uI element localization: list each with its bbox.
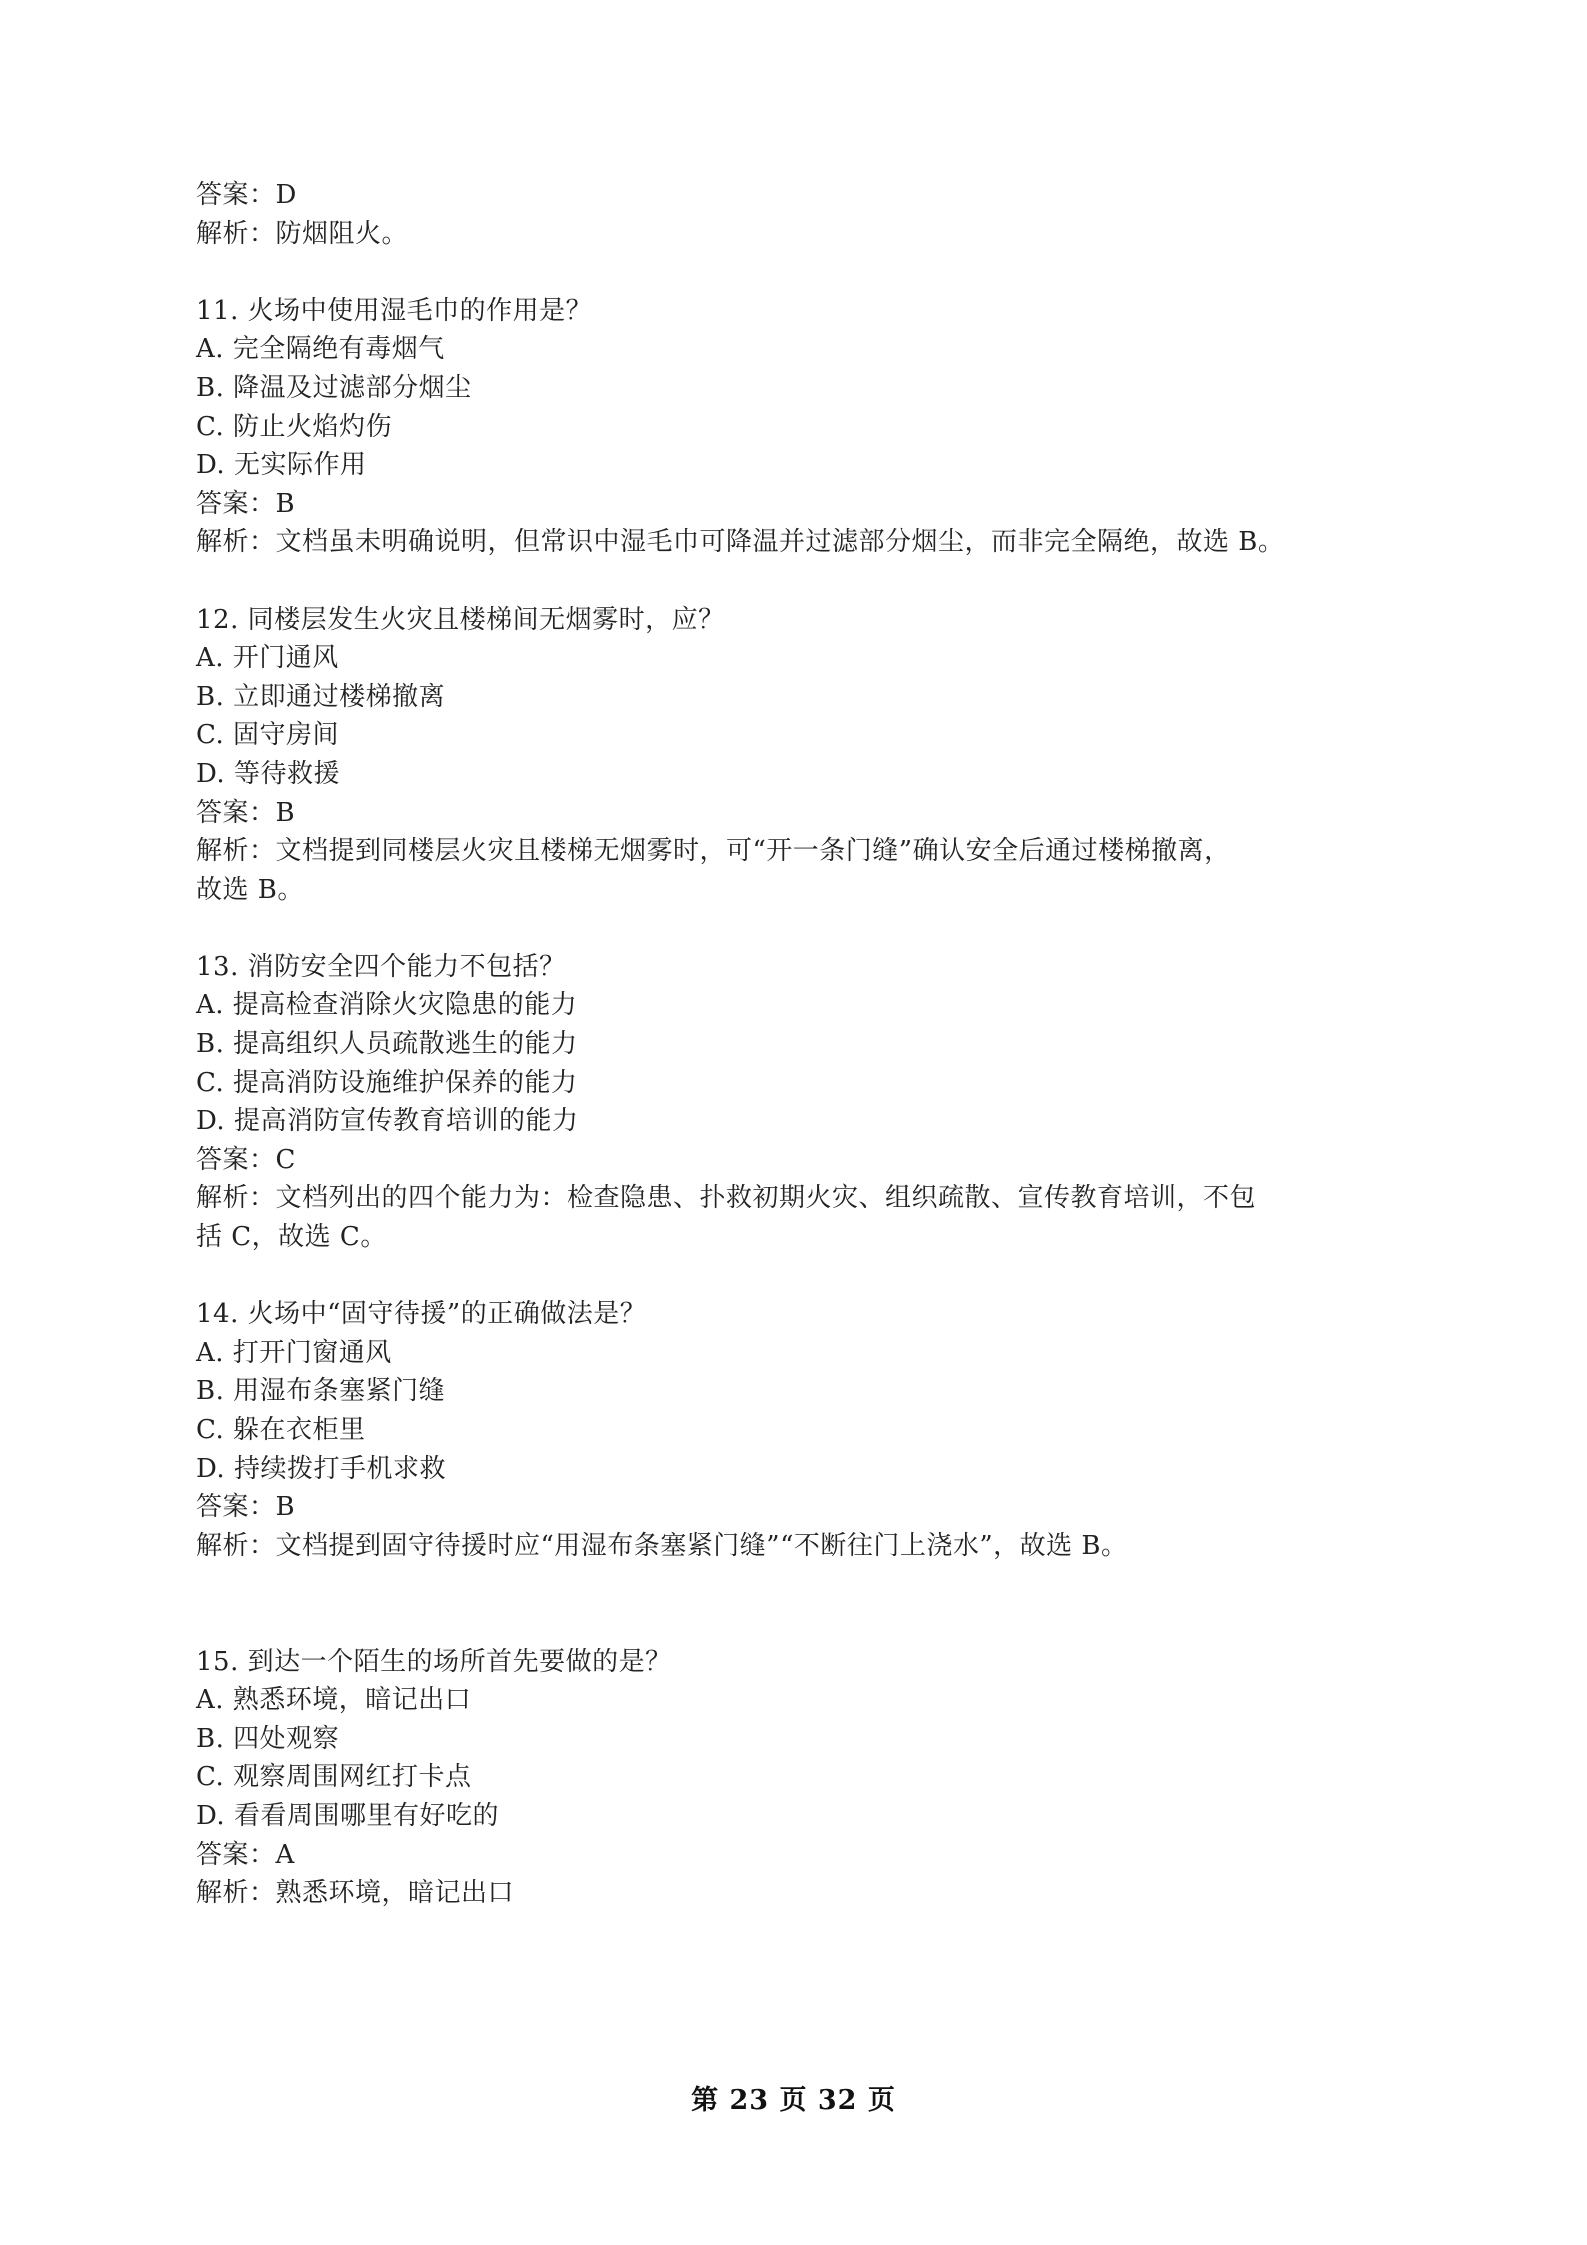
analysis-line: 解析：文档提到固守待援时应“用湿布条塞紧门缝”“不断往门上浇水”，故选 B。	[196, 1527, 1416, 1566]
spacer	[196, 562, 1416, 601]
question-stem: 11. 火场中使用湿毛巾的作用是？	[196, 292, 1416, 331]
option-b: B. 四处观察	[196, 1720, 1416, 1759]
question-13: 13. 消防安全四个能力不包括？ A. 提高检查消除火灾隐患的能力 B. 提高组…	[196, 948, 1416, 1257]
answer-line: 答案：B	[196, 485, 1416, 524]
answer-line: 答案：B	[196, 794, 1416, 833]
analysis-line-continued: 括 C，故选 C。	[196, 1218, 1416, 1257]
option-d: D. 持续拨打手机求救	[196, 1450, 1416, 1489]
option-c: C. 固守房间	[196, 716, 1416, 755]
question-11: 11. 火场中使用湿毛巾的作用是？ A. 完全隔绝有毒烟气 B. 降温及过滤部分…	[196, 292, 1416, 562]
answer-line: 答案：B	[196, 1488, 1416, 1527]
option-b: B. 立即通过楼梯撤离	[196, 678, 1416, 717]
spacer	[196, 1565, 1416, 1642]
option-b: B. 用湿布条塞紧门缝	[196, 1372, 1416, 1411]
analysis-line: 解析：熟悉环境，暗记出口	[196, 1874, 1416, 1913]
question-stem: 14. 火场中“固守待援”的正确做法是？	[196, 1295, 1416, 1334]
analysis-line: 解析：文档虽未明确说明，但常识中湿毛巾可降温并过滤部分烟尘，而非完全隔绝，故选 …	[196, 523, 1416, 562]
option-d: D. 看看周围哪里有好吃的	[196, 1797, 1416, 1836]
option-a: A. 提高检查消除火灾隐患的能力	[196, 986, 1416, 1025]
question-stem: 12. 同楼层发生火灾且楼梯间无烟雾时，应？	[196, 601, 1416, 640]
option-d: D. 等待救援	[196, 755, 1416, 794]
option-d: D. 无实际作用	[196, 446, 1416, 485]
spacer	[196, 253, 1416, 292]
page-content: 答案：D 解析：防烟阻火。 11. 火场中使用湿毛巾的作用是？ A. 完全隔绝有…	[196, 176, 1416, 1913]
option-c: C. 提高消防设施维护保养的能力	[196, 1064, 1416, 1103]
option-d: D. 提高消防宣传教育培训的能力	[196, 1102, 1416, 1141]
document-page: 答案：D 解析：防烟阻火。 11. 火场中使用湿毛巾的作用是？ A. 完全隔绝有…	[0, 0, 1587, 2245]
answer-line: 答案：A	[196, 1836, 1416, 1875]
answer-line: 答案：C	[196, 1141, 1416, 1180]
option-c: C. 观察周围网红打卡点	[196, 1758, 1416, 1797]
question-stem: 15. 到达一个陌生的场所首先要做的是？	[196, 1643, 1416, 1682]
analysis-line: 解析：文档提到同楼层火灾且楼梯无烟雾时，可“开一条门缝”确认安全后通过楼梯撤离，	[196, 832, 1416, 871]
analysis-line: 解析：文档列出的四个能力为：检查隐患、扑救初期火灾、组织疏散、宣传教育培训，不包	[196, 1179, 1416, 1218]
option-a: A. 开门通风	[196, 639, 1416, 678]
option-a: A. 熟悉环境，暗记出口	[196, 1681, 1416, 1720]
option-b: B. 提高组织人员疏散逃生的能力	[196, 1025, 1416, 1064]
option-a: A. 打开门窗通风	[196, 1334, 1416, 1373]
question-12: 12. 同楼层发生火灾且楼梯间无烟雾时，应？ A. 开门通风 B. 立即通过楼梯…	[196, 601, 1416, 910]
question-14: 14. 火场中“固守待援”的正确做法是？ A. 打开门窗通风 B. 用湿布条塞紧…	[196, 1295, 1416, 1565]
analysis-line-continued: 故选 B。	[196, 871, 1416, 910]
option-b: B. 降温及过滤部分烟尘	[196, 369, 1416, 408]
question-15: 15. 到达一个陌生的场所首先要做的是？ A. 熟悉环境，暗记出口 B. 四处观…	[196, 1643, 1416, 1913]
answer-line: 答案：D	[196, 176, 1416, 215]
spacer	[196, 1257, 1416, 1296]
option-a: A. 完全隔绝有毒烟气	[196, 330, 1416, 369]
option-c: C. 躲在衣柜里	[196, 1411, 1416, 1450]
page-number-footer: 第 23 页 32 页	[0, 2078, 1587, 2117]
option-c: C. 防止火焰灼伤	[196, 408, 1416, 447]
question-stem: 13. 消防安全四个能力不包括？	[196, 948, 1416, 987]
analysis-line: 解析：防烟阻火。	[196, 215, 1416, 254]
spacer	[196, 909, 1416, 948]
